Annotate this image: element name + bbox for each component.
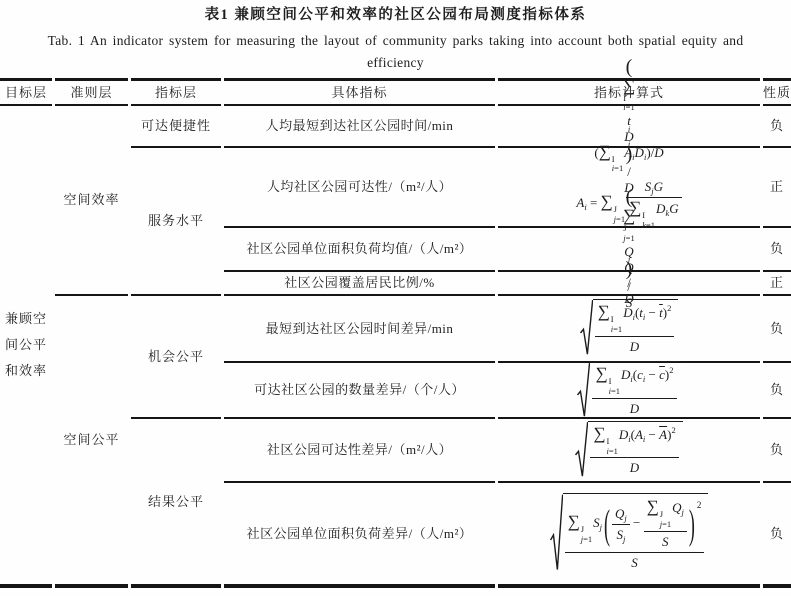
caption-block: 表1 兼顾空间公平和效率的社区公园布局测度指标体系 Tab. 1 An indi… bbox=[0, 0, 791, 74]
formula-cell: Q/D bbox=[498, 272, 760, 296]
formula-cell: ∑Jj=1Sj(QjSj − ∑Jj=1QjS)2S bbox=[498, 483, 760, 588]
header-indicator-layer: 指标层 bbox=[131, 78, 221, 106]
property-cell: 负 bbox=[763, 106, 791, 148]
formula-cell: (∑Ii=1tiDi) /D bbox=[498, 106, 760, 148]
indicator-outcome-equity: 结果公平 bbox=[131, 419, 221, 588]
formula-cell: ∑Ii=1Di(ti − t)2D bbox=[498, 296, 760, 363]
specific-indicator: 最短到达社区公园时间差异/min bbox=[224, 296, 495, 363]
paper-table-page: 表1 兼顾空间公平和效率的社区公园布局测度指标体系 Tab. 1 An indi… bbox=[0, 0, 791, 596]
table-title-en-line2: efficiency bbox=[0, 52, 791, 74]
specific-indicator: 人均最短到达社区公园时间/min bbox=[224, 106, 495, 148]
header-specific-indicator: 具体指标 bbox=[224, 78, 495, 106]
indicator-opportunity-equity: 机会公平 bbox=[131, 296, 221, 419]
property-cell: 负 bbox=[763, 228, 791, 272]
property-cell: 负 bbox=[763, 483, 791, 588]
criterion-spatial-efficiency: 空间效率 bbox=[55, 106, 128, 296]
header-criterion-layer: 准则层 bbox=[55, 78, 128, 106]
specific-indicator: 人均社区公园可达性/（m²/人） bbox=[224, 148, 495, 228]
table-title-en-line1: Tab. 1 An indicator system for measuring… bbox=[0, 30, 791, 52]
specific-indicator: 可达社区公园的数量差异/（个/人） bbox=[224, 363, 495, 419]
property-cell: 负 bbox=[763, 419, 791, 483]
header-goal-layer: 目标层 bbox=[0, 78, 52, 106]
property-cell: 正 bbox=[763, 272, 791, 296]
formula-cell: ∑Ii=1Di(Ai − A)2D bbox=[498, 419, 760, 483]
property-cell: 正 bbox=[763, 148, 791, 228]
specific-indicator: 社区公园可达性差异/（m²/人） bbox=[224, 419, 495, 483]
header-property: 性质 bbox=[763, 78, 791, 106]
specific-indicator: 社区公园覆盖居民比例/% bbox=[224, 272, 495, 296]
indicator-access-convenience: 可达便捷性 bbox=[131, 106, 221, 148]
goal-cell: 兼顾空间公平和效率 bbox=[0, 106, 52, 588]
specific-indicator: 社区公园单位面积负荷差异/（人/m²） bbox=[224, 483, 495, 588]
property-cell: 负 bbox=[763, 363, 791, 419]
property-cell: 负 bbox=[763, 296, 791, 363]
indicator-service-level: 服务水平 bbox=[131, 148, 221, 296]
specific-indicator: 社区公园单位面积负荷均值/（人/m²） bbox=[224, 228, 495, 272]
criterion-spatial-equity: 空间公平 bbox=[55, 296, 128, 588]
formula-cell: ∑Ii=1Di(ci − c)2D bbox=[498, 363, 760, 419]
indicator-table: 目标层 准则层 指标层 具体指标 指标计算式 性质 兼顾空间公平和效率 空间效率… bbox=[0, 78, 791, 588]
table-title-cn: 表1 兼顾空间公平和效率的社区公园布局测度指标体系 bbox=[0, 5, 791, 25]
table-title-en: Tab. 1 An indicator system for measuring… bbox=[0, 30, 791, 74]
